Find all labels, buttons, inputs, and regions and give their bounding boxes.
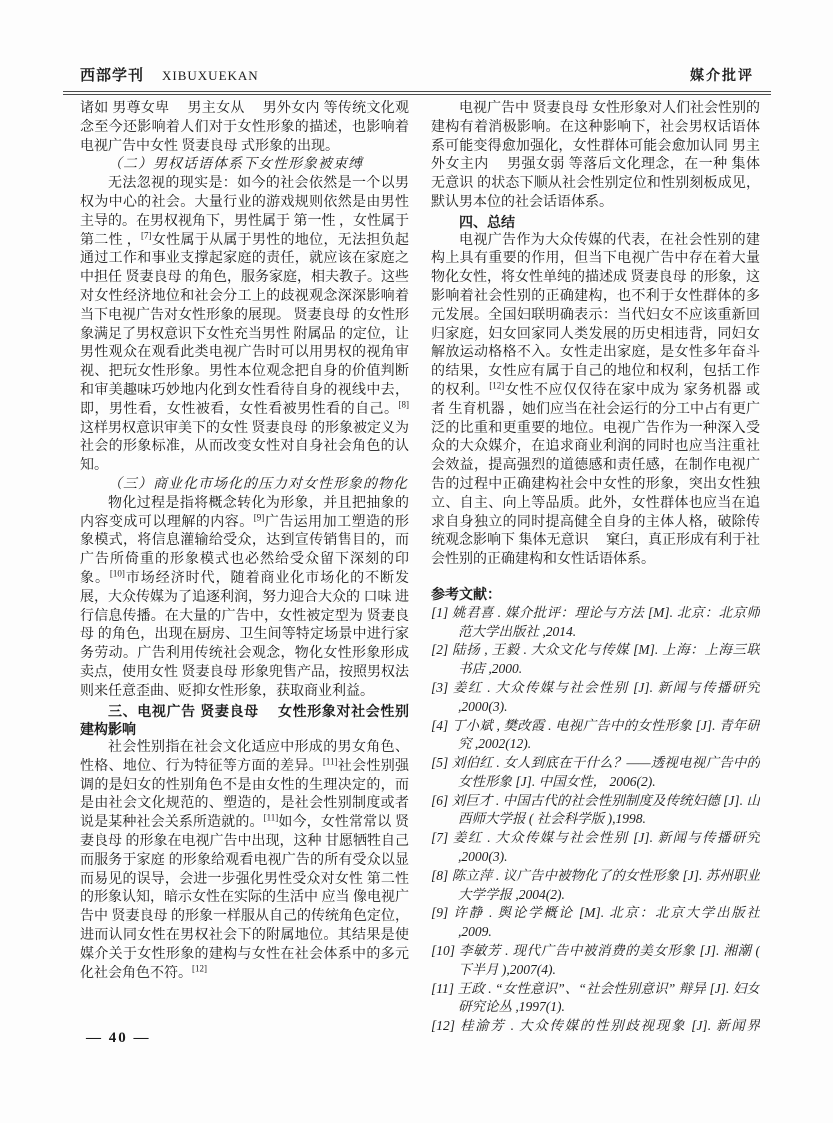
column-left: 诸如 男尊女卑 男主女从 男外女内 等传统文化观念至今还影响着人们对于女性形象的…	[80, 100, 409, 1040]
paragraph: 电视广告中 贤妻良母 女性形象对人们社会性别的建构有着消极影响。在这种影响下，社…	[431, 100, 760, 213]
section-heading: 四、总结	[431, 213, 760, 232]
reference-item: [11] 王政 . “女性意识”、“社会性别意识” 辩异 [J]. 妇女研究论丛…	[431, 980, 760, 1018]
column-right: 电视广告中 贤妻良母 女性形象对人们社会性别的建构有着消极影响。在这种影响下，社…	[431, 100, 760, 1040]
reference-item: [4] 丁小斌 , 樊改霞 . 电视广告中的女性形象 [J]. 青年研究 ,20…	[431, 717, 760, 755]
section-heading: （二）男权话语体系下女性形象被束缚	[80, 156, 409, 175]
header-divider	[63, 91, 771, 95]
reference-item: [12] 桂渝芳 . 大众传媒的性别歧视现象 [J]. 新闻界 ,2006.	[431, 1017, 760, 1040]
section-heading: 参考文献：	[431, 585, 760, 604]
page-header: 西部学刊 XIBUXUEKAN 媒介批评	[63, 64, 771, 95]
reference-item: [6] 刘巨才 . 中国古代的社会性别制度及传统妇德 [J]. 山西师大学报 (…	[431, 792, 760, 830]
paragraph: 物化过程是指将概念转化为形象，并且把抽象的内容变成可以理解的内容。[9]广告运用…	[80, 495, 409, 702]
paragraph: 无法忽视的现实是：如今的社会依然是一个以男权为中心的社会。大量行业的游戏规则依然…	[80, 175, 409, 476]
journal-page: 西部学刊 XIBUXUEKAN 媒介批评 诸如 男尊女卑 男主女从 男外女内 等…	[0, 0, 833, 1123]
reference-item: [8] 陈立萍 . 议广告中被物化了的女性形象 [J]. 苏州职业大学学报 ,2…	[431, 867, 760, 905]
reference-item: [7] 姜红 . 大众传媒与社会性别 [J]. 新闻与传播研究 ,2000(3)…	[431, 829, 760, 867]
reference-item: [2] 陆扬 , 王毅 . 大众文化与传媒 [M]. 上海：上海三联书店 ,20…	[431, 641, 760, 679]
journal-title-group: 西部学刊 XIBUXUEKAN	[80, 64, 259, 85]
reference-item: [5] 刘伯红 . 女人到底在干什么？——透视电视广告中的女性形象 [J]. 中…	[431, 754, 760, 792]
reference-item: [1] 姚君喜 . 媒介批评：理论与方法 [M]. 北京：北京师范大学出版社 ,…	[431, 604, 760, 642]
paragraph: 社会性别指在社会文化适应中形成的男女角色、性格、地位、行为特征等方面的差异。[1…	[80, 739, 409, 983]
paragraph: 电视广告作为大众传媒的代表，在社会性别的建构上具有重要的作用，但当下电视广告中存…	[431, 232, 760, 570]
reference-item: [3] 姜红 . 大众传媒与社会性别 [J]. 新闻与传播研究 ,2000(3)…	[431, 679, 760, 717]
paragraph: 诸如 男尊女卑 男主女从 男外女内 等传统文化观念至今还影响着人们对于女性形象的…	[80, 100, 409, 156]
section-heading: （三）商业化市场化的压力对女性形象的物化	[80, 476, 409, 495]
journal-title-en: XIBUXUEKAN	[162, 68, 259, 83]
section-heading: 三、电视广告 贤妻良母 女性形象对社会性别建构影响	[80, 702, 409, 740]
section-label: 媒介批评	[690, 65, 754, 85]
reference-item: [10] 李敏芳 . 现代广告中被消费的美女形象 [J]. 湘潮 ( 下半月 )…	[431, 942, 760, 980]
journal-title: 西部学刊	[80, 68, 144, 84]
page-number: — 40 —	[86, 1030, 151, 1047]
reference-item: [9] 许静 . 舆论学概论 [M]. 北京：北京大学出版社 ,2009.	[431, 904, 760, 942]
